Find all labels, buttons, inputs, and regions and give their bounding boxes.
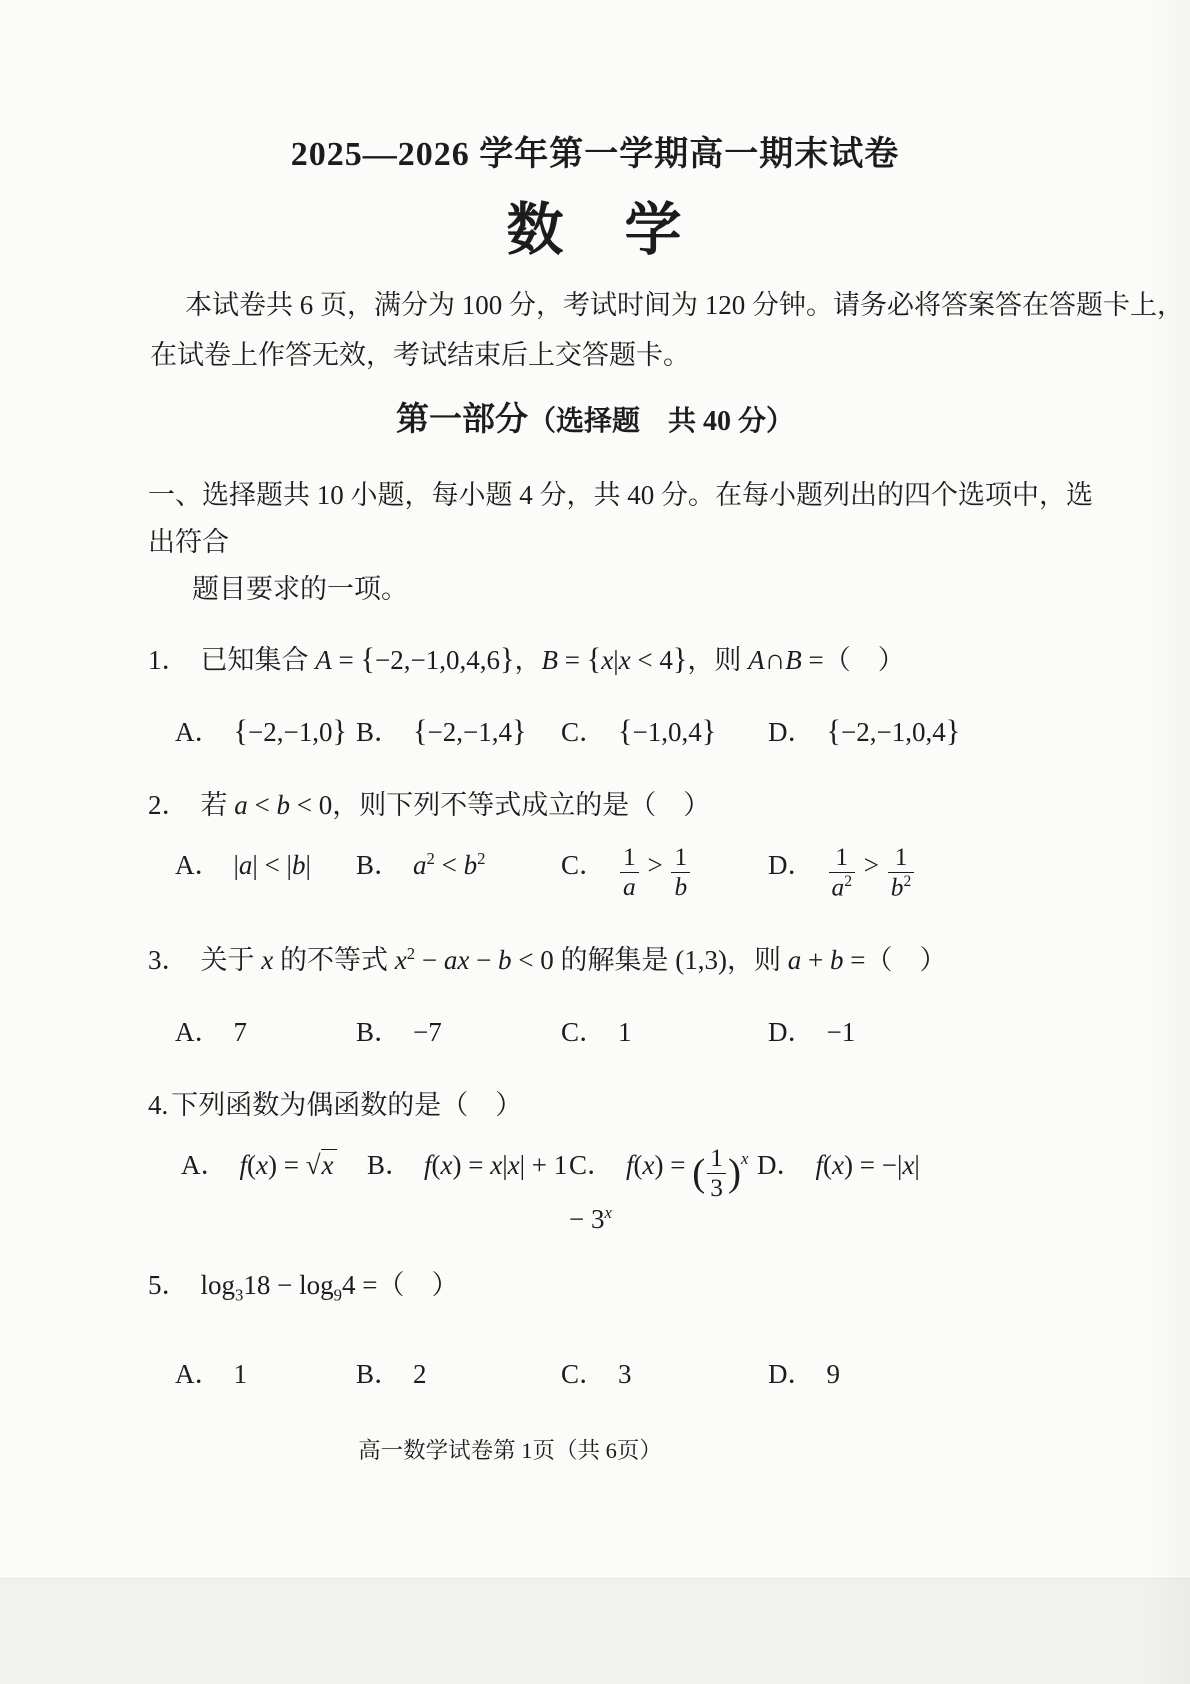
question-2: 2．若 a < b < 0，则下列不等式成立的是（ ） A．|a| < |b| … bbox=[0, 787, 1190, 903]
exam-title: 2025—2026 学年第一学期高一期末试卷 bbox=[0, 135, 1190, 174]
page-footer: 高一数学试卷第 1页（共 6页） bbox=[0, 1433, 1020, 1465]
option-label: C． bbox=[561, 1017, 606, 1047]
question-2-options: A．|a| < |b| B．a2 < b2 C．1a > 1b D．1a2 > … bbox=[148, 843, 1130, 903]
question-2-stem-text: 若 a < b < 0，则下列不等式成立的是（ ） bbox=[201, 790, 711, 820]
question-1-option-b: B．{−2,−1,4} bbox=[356, 710, 561, 749]
scan-bottom-edge bbox=[0, 1578, 1190, 1684]
question-5-stem-text: log318 − log94 =（ ） bbox=[201, 1270, 459, 1300]
exam-notice-line-2: 在试卷上作答无效，考试结束后上交答题卡。 bbox=[150, 330, 1100, 380]
question-3-stem: 3．关于 x 的不等式 x2 − ax − b < 0 的解集是 (1,3)，则… bbox=[148, 936, 1130, 978]
question-4: 4.下列函数为偶函数的是（ ） A．f(x) = √x B．f(x) = x|x… bbox=[0, 1087, 1190, 1235]
question-5-option-c: C．3 bbox=[561, 1352, 768, 1391]
option-value: {−2,−1,0} bbox=[234, 717, 348, 747]
question-5-option-a: A．1 bbox=[175, 1352, 356, 1391]
question-5-options: A．1 B．2 C．3 D．9 bbox=[148, 1352, 1130, 1391]
question-2-option-d: D．1a2 > 1b2 bbox=[768, 843, 1130, 903]
option-value: 1a2 > 1b2 bbox=[827, 850, 917, 880]
option-label: B． bbox=[356, 1017, 401, 1047]
question-4-option-a: A．f(x) = √x bbox=[181, 1143, 367, 1182]
question-1: 1．已知集合 A = {−2,−1,0,4,6}，B = {x|x < 4}，则… bbox=[0, 641, 1190, 749]
question-3-options: A．7 B．−7 C．1 D．−1 bbox=[148, 1010, 1130, 1049]
question-5-option-b: B．2 bbox=[356, 1352, 561, 1391]
question-2-option-a: A．|a| < |b| bbox=[175, 843, 356, 882]
option-label: C． bbox=[561, 1359, 606, 1389]
option-value: {−2,−1,4} bbox=[413, 717, 527, 747]
option-label: D． bbox=[768, 1359, 815, 1389]
option-label: B． bbox=[356, 1359, 401, 1389]
question-3-stem-text: 关于 x 的不等式 x2 − ax − b < 0 的解集是 (1,3)，则 a… bbox=[201, 945, 947, 975]
question-4-number: 4. bbox=[148, 1090, 168, 1120]
option-value: f(x) = x|x| + 1 bbox=[424, 1150, 567, 1180]
option-value: −7 bbox=[413, 1017, 442, 1047]
question-3-option-a: A．7 bbox=[175, 1010, 356, 1049]
option-value: 1a > 1b bbox=[618, 850, 692, 880]
option-value: f(x) = −|x| bbox=[816, 1150, 920, 1180]
section-title: 第一部分 bbox=[396, 402, 528, 438]
option-value: 1 bbox=[618, 1017, 632, 1047]
scan-right-shadow bbox=[1144, 0, 1190, 1684]
option-value: 2 bbox=[413, 1359, 427, 1389]
option-label: D． bbox=[768, 717, 815, 747]
option-value: 1 bbox=[234, 1359, 248, 1389]
section-directions: 一、选择题共 10 小题，每小题 4 分，共 40 分。在每小题列出的四个选项中… bbox=[148, 472, 1110, 613]
question-3-option-c: C．1 bbox=[561, 1010, 768, 1049]
section-subtitle: （选择题 共 40 分） bbox=[528, 406, 794, 437]
question-1-stem-text: 已知集合 A = {−2,−1,0,4,6}，B = {x|x < 4}，则 A… bbox=[201, 645, 905, 675]
question-1-option-c: C．{−1,0,4} bbox=[561, 710, 768, 749]
option-label: A． bbox=[181, 1150, 228, 1180]
question-4-option-c: C．f(x) = (13)x − 3x bbox=[569, 1143, 757, 1235]
section-directions-line-1: 一、选择题共 10 小题，每小题 4 分，共 40 分。在每小题列出的四个选项中… bbox=[148, 472, 1110, 566]
option-label: C． bbox=[569, 1150, 614, 1180]
section-heading: 第一部分（选择题 共 40 分） bbox=[0, 400, 1190, 446]
option-value: a2 < b2 bbox=[413, 850, 485, 880]
question-3-number: 3． bbox=[148, 945, 189, 975]
option-label: C． bbox=[561, 850, 606, 880]
option-value: 3 bbox=[618, 1359, 632, 1389]
question-5-stem: 5．log318 − log94 =（ ） bbox=[148, 1267, 1130, 1313]
question-3-option-d: D．−1 bbox=[768, 1010, 1130, 1049]
question-5: 5．log318 − log94 =（ ） A．1 B．2 C．3 D．9 bbox=[0, 1267, 1190, 1390]
option-value: 9 bbox=[827, 1359, 841, 1389]
option-label: D． bbox=[768, 850, 815, 880]
exam-notice-line-1: 本试卷共 6 页，满分为 100 分，考试时间为 120 分钟。请务必将答案答在… bbox=[150, 280, 1100, 330]
question-5-number: 5． bbox=[148, 1270, 189, 1300]
option-value: {−2,−1,0,4} bbox=[827, 717, 961, 747]
option-label: B． bbox=[356, 717, 401, 747]
option-label: A． bbox=[175, 1017, 222, 1047]
option-label: B． bbox=[367, 1150, 412, 1180]
section-directions-line-2: 题目要求的一项。 bbox=[148, 566, 1110, 613]
question-4-option-b: B．f(x) = x|x| + 1 bbox=[367, 1143, 569, 1182]
option-label: A． bbox=[175, 717, 222, 747]
question-3-option-b: B．−7 bbox=[356, 1010, 561, 1049]
option-label: A． bbox=[175, 850, 222, 880]
question-1-option-d: D．{−2,−1,0,4} bbox=[768, 710, 1130, 749]
option-label: B． bbox=[356, 850, 401, 880]
question-4-options: A．f(x) = √x B．f(x) = x|x| + 1 C．f(x) = (… bbox=[148, 1143, 1130, 1235]
exam-notice: 本试卷共 6 页，满分为 100 分，考试时间为 120 分钟。请务必将答案答在… bbox=[150, 280, 1100, 380]
question-2-option-c: C．1a > 1b bbox=[561, 843, 768, 903]
exam-paper-page: 2025—2026 学年第一学期高一期末试卷 数 学 本试卷共 6 页，满分为 … bbox=[0, 0, 1190, 1684]
option-label: D． bbox=[757, 1150, 804, 1180]
question-2-stem: 2．若 a < b < 0，则下列不等式成立的是（ ） bbox=[148, 787, 1130, 823]
option-label: A． bbox=[175, 1359, 222, 1389]
option-value: 7 bbox=[234, 1017, 248, 1047]
question-1-number: 1． bbox=[148, 645, 189, 675]
question-2-option-b: B．a2 < b2 bbox=[356, 843, 561, 882]
question-1-stem: 1．已知集合 A = {−2,−1,0,4,6}，B = {x|x < 4}，则… bbox=[148, 641, 1130, 678]
question-3: 3．关于 x 的不等式 x2 − ax − b < 0 的解集是 (1,3)，则… bbox=[0, 936, 1190, 1049]
question-5-option-d: D．9 bbox=[768, 1352, 1130, 1391]
question-4-stem-text: 下列函数为偶函数的是（ ） bbox=[171, 1090, 522, 1120]
question-2-number: 2． bbox=[148, 790, 189, 820]
question-1-options: A．{−2,−1,0} B．{−2,−1,4} C．{−1,0,4} D．{−2… bbox=[148, 710, 1130, 749]
question-4-stem: 4.下列函数为偶函数的是（ ） bbox=[148, 1087, 1130, 1123]
option-value: −1 bbox=[827, 1017, 856, 1047]
option-value: f(x) = √x bbox=[240, 1150, 337, 1180]
question-4-option-d: D．f(x) = −|x| bbox=[757, 1143, 1130, 1182]
option-value: |a| < |b| bbox=[234, 850, 311, 880]
option-label: C． bbox=[561, 717, 606, 747]
question-1-option-a: A．{−2,−1,0} bbox=[175, 710, 356, 749]
subject-title: 数 学 bbox=[0, 198, 1190, 264]
option-value: {−1,0,4} bbox=[618, 717, 716, 747]
option-label: D． bbox=[768, 1017, 815, 1047]
